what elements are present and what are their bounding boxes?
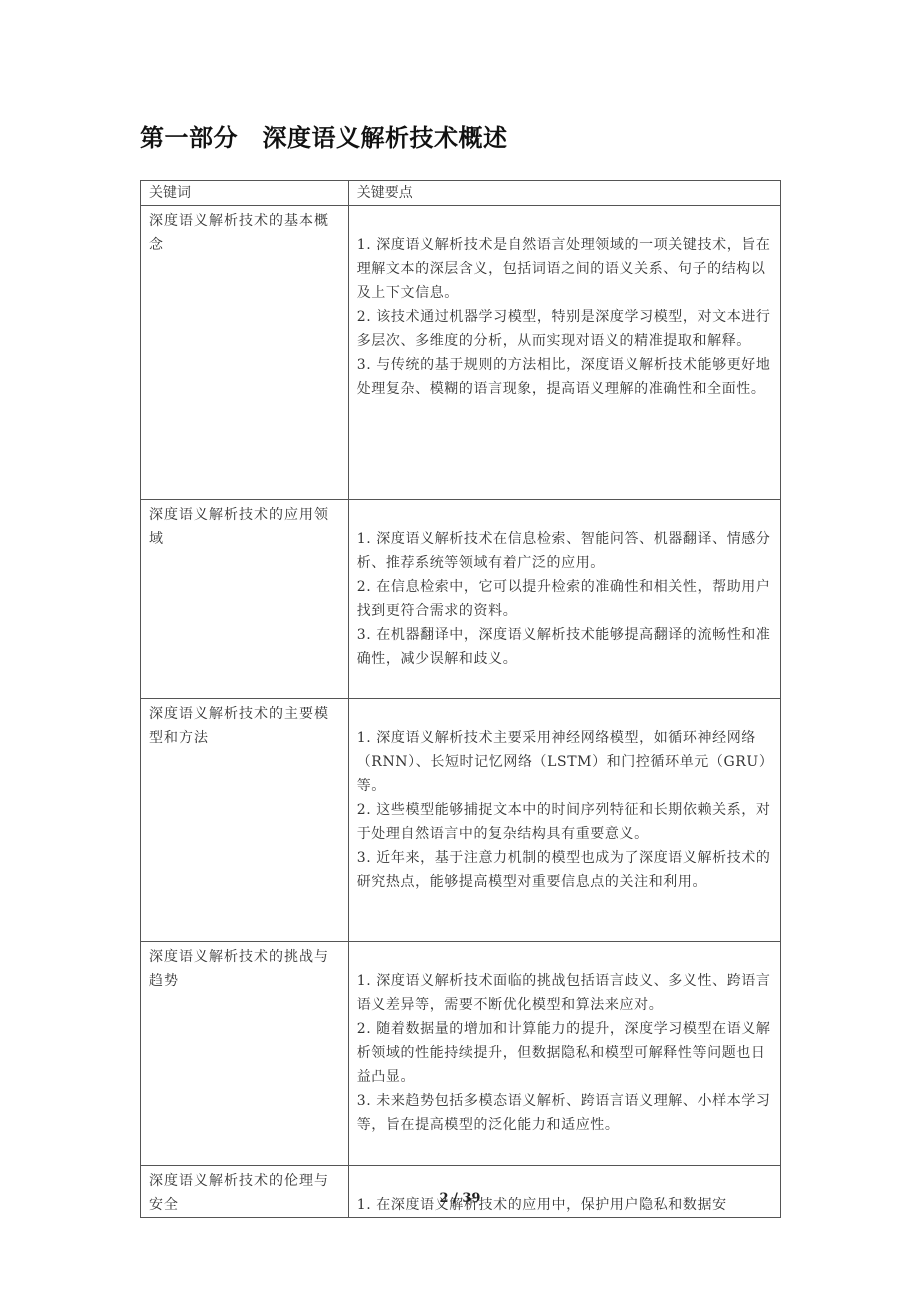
key-point: 2. 这些模型能够捕捉文本中的时间序列特征和长期依赖关系，对于处理自然语言中的复… <box>357 798 772 846</box>
key-point: 1. 深度语义解析技术是自然语言处理领域的一项关键技术，旨在理解文本的深层含义，… <box>357 233 772 305</box>
table-row: 深度语义解析技术的基本概念 1. 深度语义解析技术是自然语言处理领域的一项关键技… <box>141 206 781 500</box>
keyword-cell: 深度语义解析技术的主要模型和方法 <box>141 699 349 942</box>
page-title: 第一部分 深度语义解析技术概述 <box>140 118 508 153</box>
keyword-cell: 深度语义解析技术的基本概念 <box>141 206 349 500</box>
key-points-cell: 1. 深度语义解析技术面临的挑战包括语言歧义、多义性、跨语言语义差异等，需要不断… <box>348 942 780 1166</box>
header-keyword: 关键词 <box>141 181 349 206</box>
key-point: 3. 在机器翻译中，深度语义解析技术能够提高翻译的流畅性和准确性，减少误解和歧义… <box>357 623 772 671</box>
key-points-table: 关键词 关键要点 深度语义解析技术的基本概念 1. 深度语义解析技术是自然语言处… <box>140 180 781 1218</box>
table-row: 深度语义解析技术的挑战与趋势 1. 深度语义解析技术面临的挑战包括语言歧义、多义… <box>141 942 781 1166</box>
key-point: 2. 在信息检索中，它可以提升检索的准确性和相关性，帮助用户找到更符合需求的资料… <box>357 575 772 623</box>
keyword-cell: 深度语义解析技术的挑战与趋势 <box>141 942 349 1166</box>
key-point: 3. 与传统的基于规则的方法相比，深度语义解析技术能够更好地处理复杂、模糊的语言… <box>357 353 772 401</box>
key-points-cell: 1. 深度语义解析技术在信息检索、智能问答、机器翻译、情感分析、推荐系统等领域有… <box>348 500 780 699</box>
key-points-cell: 1. 深度语义解析技术主要采用神经网络模型，如循环神经网络（RNN）、长短时记忆… <box>348 699 780 942</box>
table-row: 深度语义解析技术的主要模型和方法 1. 深度语义解析技术主要采用神经网络模型，如… <box>141 699 781 942</box>
page-number: 2 / 39 <box>0 1191 920 1206</box>
key-points-cell: 1. 深度语义解析技术是自然语言处理领域的一项关键技术，旨在理解文本的深层含义，… <box>348 206 780 500</box>
table-row: 深度语义解析技术的应用领域 1. 深度语义解析技术在信息检索、智能问答、机器翻译… <box>141 500 781 699</box>
key-point: 1. 深度语义解析技术在信息检索、智能问答、机器翻译、情感分析、推荐系统等领域有… <box>357 527 772 575</box>
key-point: 1. 深度语义解析技术面临的挑战包括语言歧义、多义性、跨语言语义差异等，需要不断… <box>357 969 772 1017</box>
key-point: 1. 深度语义解析技术主要采用神经网络模型，如循环神经网络（RNN）、长短时记忆… <box>357 726 772 798</box>
header-key-points: 关键要点 <box>348 181 780 206</box>
key-point: 2. 随着数据量的增加和计算能力的提升，深度学习模型在语义解析领域的性能持续提升… <box>357 1017 772 1089</box>
key-point: 2. 该技术通过机器学习模型，特别是深度学习模型，对文本进行多层次、多维度的分析… <box>357 305 772 353</box>
key-point: 3. 未来趋势包括多模态语义解析、跨语言语义理解、小样本学习等，旨在提高模型的泛… <box>357 1089 772 1137</box>
table-header-row: 关键词 关键要点 <box>141 181 781 206</box>
keyword-cell: 深度语义解析技术的应用领域 <box>141 500 349 699</box>
key-point: 3. 近年来，基于注意力机制的模型也成为了深度语义解析技术的研究热点，能够提高模… <box>357 846 772 894</box>
